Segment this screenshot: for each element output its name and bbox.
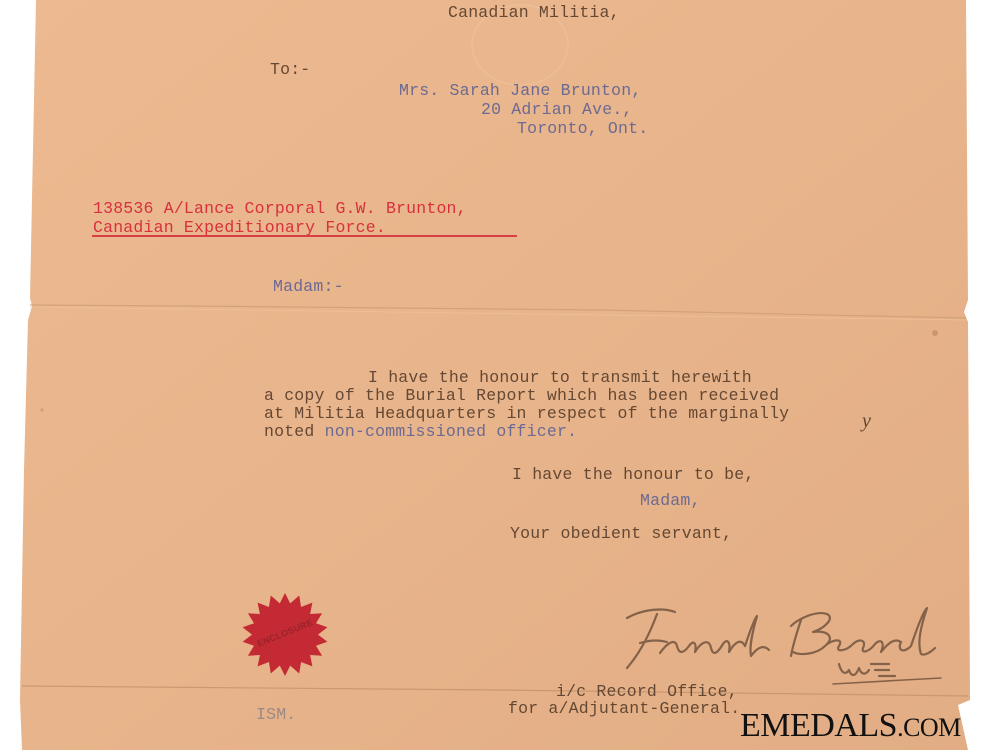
reference-underline (92, 235, 517, 237)
recipient-street: 20 Adrian Ave., (481, 101, 633, 119)
closing-line-3: Your obedient servant, (510, 525, 732, 543)
body-line-3: at Militia Headquarters in respect of th… (264, 405, 789, 423)
salutation: Madam:- (273, 278, 344, 296)
body-line-1: I have the honour to transmit herewith (368, 369, 752, 387)
closing-line-2: Madam, (640, 492, 701, 510)
header-line: Canadian Militia, (448, 4, 620, 22)
margin-mark: y (862, 412, 871, 430)
emedals-watermark: EMEDALS.COM (740, 707, 961, 745)
watermark-suffix: .COM (897, 713, 961, 742)
body-line-4-prefix: noted (264, 422, 325, 441)
recipient-city: Toronto, Ont. (517, 120, 648, 138)
body-line-4: noted non-commissioned officer. (264, 423, 577, 441)
typist-reference: ISM. (256, 706, 296, 724)
handwritten-signature-icon (605, 598, 945, 693)
body-line-2: a copy of the Burial Report which has be… (264, 387, 779, 405)
closing-line-1: I have the honour to be, (512, 466, 754, 484)
document-stage: Canadian Militia, To:- Mrs. Sarah Jane B… (0, 0, 1000, 750)
signature-block-line-2: for a/Adjutant-General. (508, 700, 740, 718)
to-label: To:- (270, 61, 310, 79)
watermark-main: EMEDALS (740, 707, 897, 744)
reference-line-1: 138536 A/Lance Corporal G.W. Brunton, (93, 200, 467, 218)
body-line-4-insert: non-commissioned officer. (325, 422, 578, 441)
recipient-name: Mrs. Sarah Jane Brunton, (399, 82, 641, 100)
